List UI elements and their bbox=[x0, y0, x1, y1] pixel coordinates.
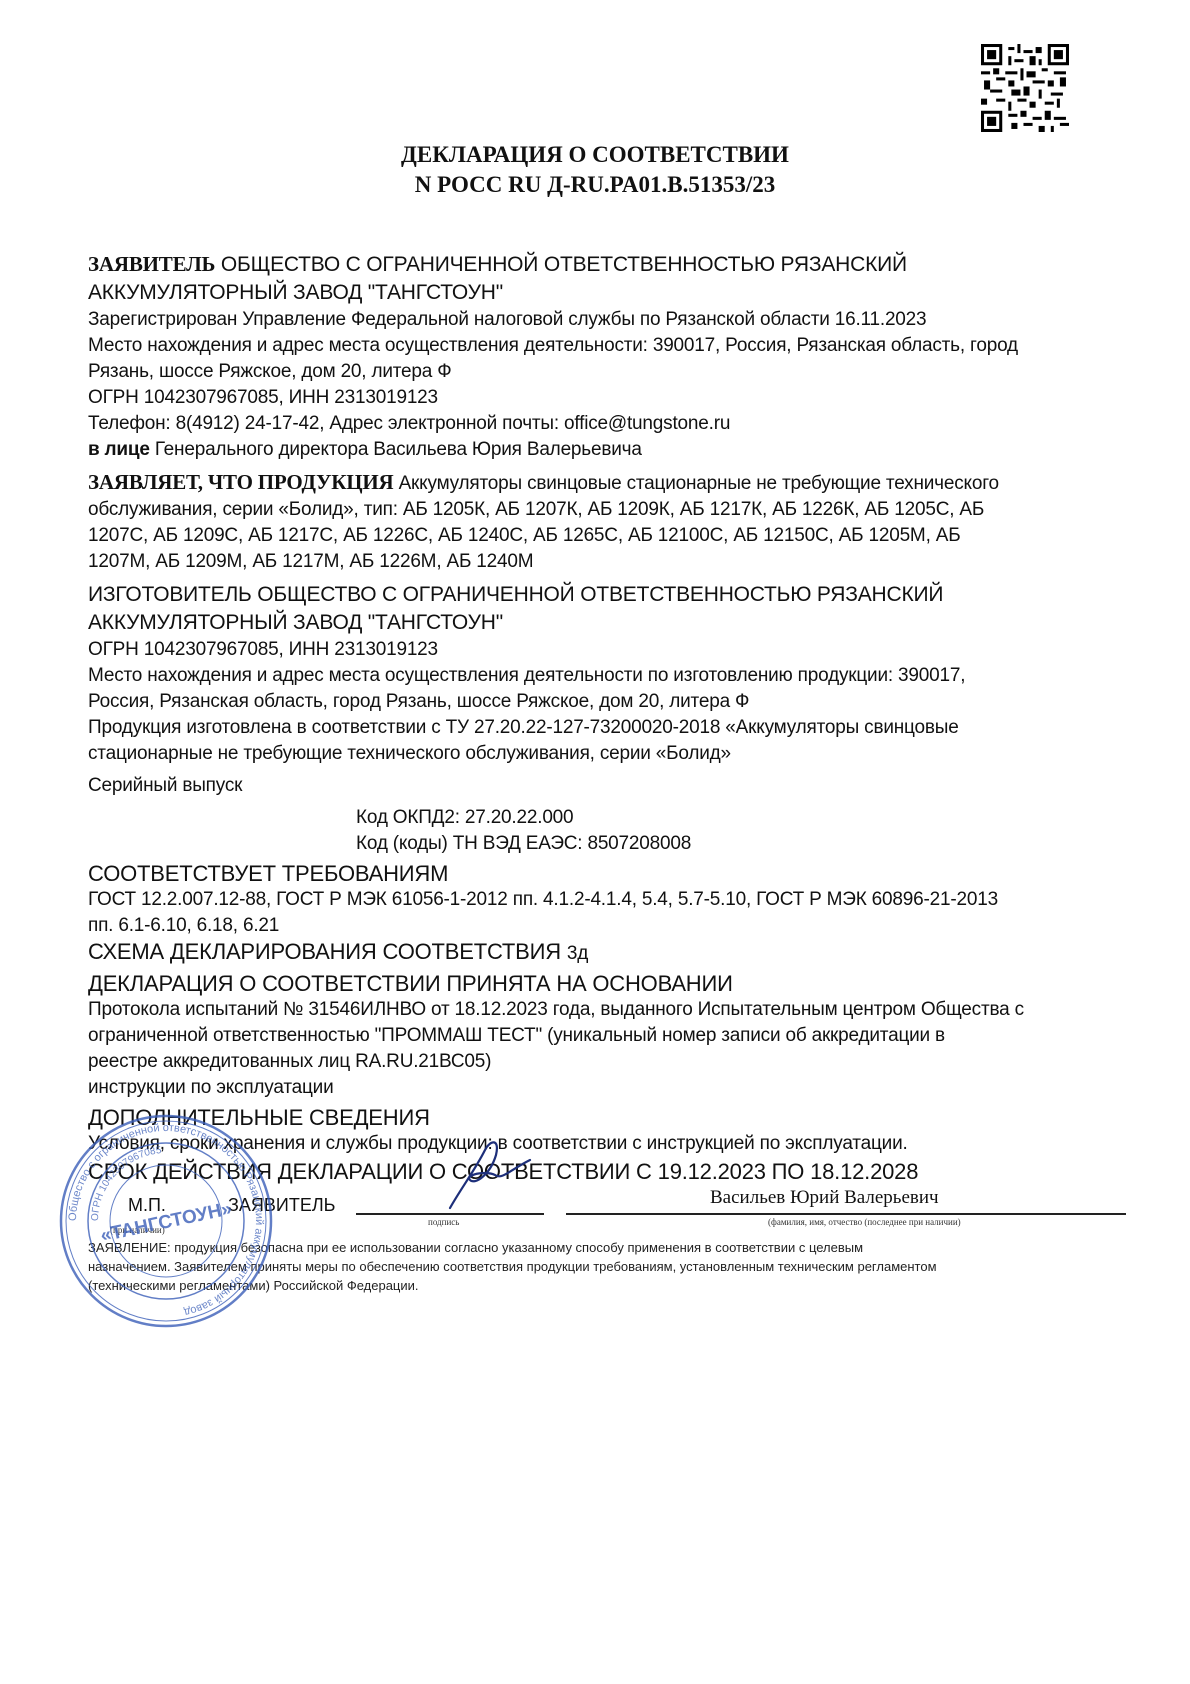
requirements-line2: пп. 6.1-6.10, 6.18, 6.21 bbox=[88, 913, 1088, 939]
requirements-section: СООТВЕТСТВУЕТ ТРЕБОВАНИЯМ ГОСТ 12.2.007.… bbox=[88, 861, 1088, 939]
stamp-center-text: «ТАНГСТОУН» bbox=[99, 1198, 234, 1246]
svg-text:ОГРН 1042307967085: ОГРН 1042307967085 bbox=[90, 1145, 162, 1221]
product-section: ЗАЯВЛЯЕТ, ЧТО ПРОДУКЦИЯ Аккумуляторы сви… bbox=[88, 469, 1088, 575]
applicant-name-line1: ОБЩЕСТВО С ОГРАНИЧЕННОЙ ОТВЕТСТВЕННОСТЬЮ… bbox=[221, 253, 907, 276]
serial-release: Серийный выпуск bbox=[88, 773, 1088, 799]
company-seal-icon: Общество с ограниченной ответственностью… bbox=[55, 1110, 277, 1332]
declaration-number: N РОСС RU Д-RU.PA01.B.51353/23 bbox=[0, 170, 1190, 200]
basis-line1: Протокола испытаний № 31546ИЛНВО от 18.1… bbox=[88, 997, 1088, 1023]
basis-section: ДЕКЛАРАЦИЯ О СООТВЕТСТВИИ ПРИНЯТА НА ОСН… bbox=[88, 971, 1088, 1101]
declaration-title: ДЕКЛАРАЦИЯ О СООТВЕТСТВИИ N РОСС RU Д-RU… bbox=[0, 140, 1190, 200]
stamp-ogrn-text: ОГРН 1042307967085 bbox=[90, 1145, 162, 1221]
manufacturer-tu-line1: Продукция изготовлена в соответствии с Т… bbox=[88, 715, 1088, 741]
declaration-page: ДЕКЛАРАЦИЯ О СООТВЕТСТВИИ N РОСС RU Д-RU… bbox=[0, 0, 1190, 1684]
requirements-line1: ГОСТ 12.2.007.12-88, ГОСТ Р МЭК 61056-1-… bbox=[88, 887, 1088, 913]
scheme-value: 3д bbox=[567, 943, 588, 964]
signatory-name-note: (фамилия, имя, отчество (последнее при н… bbox=[768, 1217, 961, 1227]
applicant-address-line1: Место нахождения и адрес места осуществл… bbox=[88, 333, 1088, 359]
tnved-code: Код (коды) ТН ВЭД ЕАЭС: 8507208008 bbox=[88, 831, 1088, 857]
applicant-contacts: Телефон: 8(4912) 24-17-42, Адрес электро… bbox=[88, 411, 1088, 437]
fio-line bbox=[566, 1213, 1126, 1215]
applicant-registered: Зарегистрирован Управление Федеральной н… bbox=[88, 307, 1088, 333]
product-line2: обслуживания, серии «Болид», тип: АБ 120… bbox=[88, 497, 1088, 523]
manufacturer-line1: ИЗГОТОВИТЕЛЬ ОБЩЕСТВО С ОГРАНИЧЕННОЙ ОТВ… bbox=[88, 581, 1088, 609]
manufacturer-address-line2: Россия, Рязанская область, город Рязань,… bbox=[88, 689, 1088, 715]
qr-code-icon bbox=[981, 44, 1069, 132]
person-label: в лице bbox=[88, 439, 150, 460]
handwritten-signature-icon bbox=[430, 1130, 550, 1220]
requirements-label: СООТВЕТСТВУЕТ ТРЕБОВАНИЯМ bbox=[88, 861, 1088, 887]
manufacturer-section: ИЗГОТОВИТЕЛЬ ОБЩЕСТВО С ОГРАНИЧЕННОЙ ОТВ… bbox=[88, 581, 1088, 857]
basis-line3: реестре аккредитованных лиц RA.RU.21ВС05… bbox=[88, 1049, 1088, 1075]
product-line4: 1207М, АБ 1209М, АБ 1217М, АБ 1226М, АБ … bbox=[88, 549, 1088, 575]
applicant-label: ЗАЯВИТЕЛЬ bbox=[88, 252, 215, 276]
basis-label: ДЕКЛАРАЦИЯ О СООТВЕТСТВИИ ПРИНЯТА НА ОСН… bbox=[88, 971, 1088, 997]
applicant-address-line2: Рязань, шоссе Ряжское, дом 20, литера Ф bbox=[88, 359, 1088, 385]
basis-line2: ограниченной ответственностью "ПРОММАШ Т… bbox=[88, 1023, 1088, 1049]
declaration-body: ЗАЯВИТЕЛЬ ОБЩЕСТВО С ОГРАНИЧЕННОЙ ОТВЕТС… bbox=[88, 250, 1088, 1185]
scheme-label: СХЕМА ДЕКЛАРИРОВАНИЯ СООТВЕТСТВИЯ bbox=[88, 939, 561, 964]
applicant-ogrn-inn: ОГРН 1042307967085, ИНН 2313019123 bbox=[88, 385, 1088, 411]
product-line1: Аккумуляторы свинцовые стационарные не т… bbox=[399, 473, 999, 494]
signatory-name: Васильев Юрий Валерьевич bbox=[710, 1187, 939, 1209]
applicant-name-line2: АККУМУЛЯТОРНЫЙ ЗАВОД "ТАНГСТОУН" bbox=[88, 279, 1088, 307]
applicant-section: ЗАЯВИТЕЛЬ ОБЩЕСТВО С ОГРАНИЧЕННОЙ ОТВЕТС… bbox=[88, 250, 1088, 463]
manufacturer-line2: АККУМУЛЯТОРНЫЙ ЗАВОД "ТАНГСТОУН" bbox=[88, 609, 1088, 637]
manufacturer-ogrn-inn: ОГРН 1042307967085, ИНН 2313019123 bbox=[88, 637, 1088, 663]
okpd2-code: Код ОКПД2: 27.20.22.000 bbox=[88, 805, 1088, 831]
manufacturer-address-line1: Место нахождения и адрес места осуществл… bbox=[88, 663, 1088, 689]
basis-line4: инструкции по эксплуатации bbox=[88, 1075, 1088, 1101]
scheme-section: СХЕМА ДЕКЛАРИРОВАНИЯ СООТВЕТСТВИЯ 3д bbox=[88, 939, 1088, 967]
title-line-1: ДЕКЛАРАЦИЯ О СООТВЕТСТВИИ bbox=[0, 140, 1190, 170]
product-line3: 1207С, АБ 1209С, АБ 1217С, АБ 1226С, АБ … bbox=[88, 523, 1088, 549]
applicant-person: Генерального директора Васильева Юрия Ва… bbox=[155, 439, 642, 460]
manufacturer-tu-line2: стационарные не требующие технического о… bbox=[88, 741, 1088, 767]
product-label: ЗАЯВЛЯЕТ, ЧТО ПРОДУКЦИЯ bbox=[88, 470, 393, 494]
